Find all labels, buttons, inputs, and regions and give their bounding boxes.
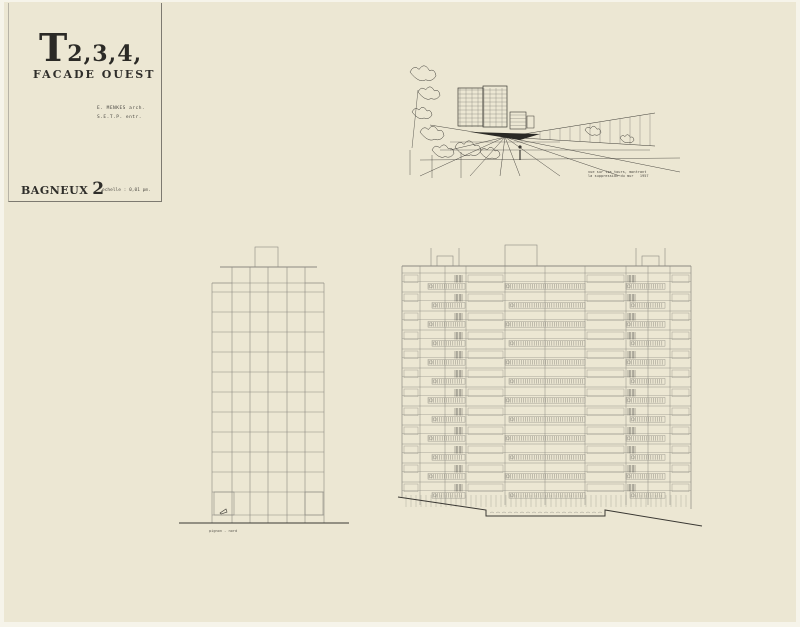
perspective-sketch — [410, 66, 680, 178]
left-elevation-caption: pignon - nord — [209, 529, 237, 533]
right-elevation — [398, 245, 702, 526]
sketch-caption: vue sur les tours, montrant la suppressi… — [588, 170, 649, 178]
left-elevation — [179, 247, 349, 523]
drawings-canvas — [0, 0, 800, 627]
sketch-caption-line-2: la suppression du mur 1957 — [588, 174, 649, 178]
